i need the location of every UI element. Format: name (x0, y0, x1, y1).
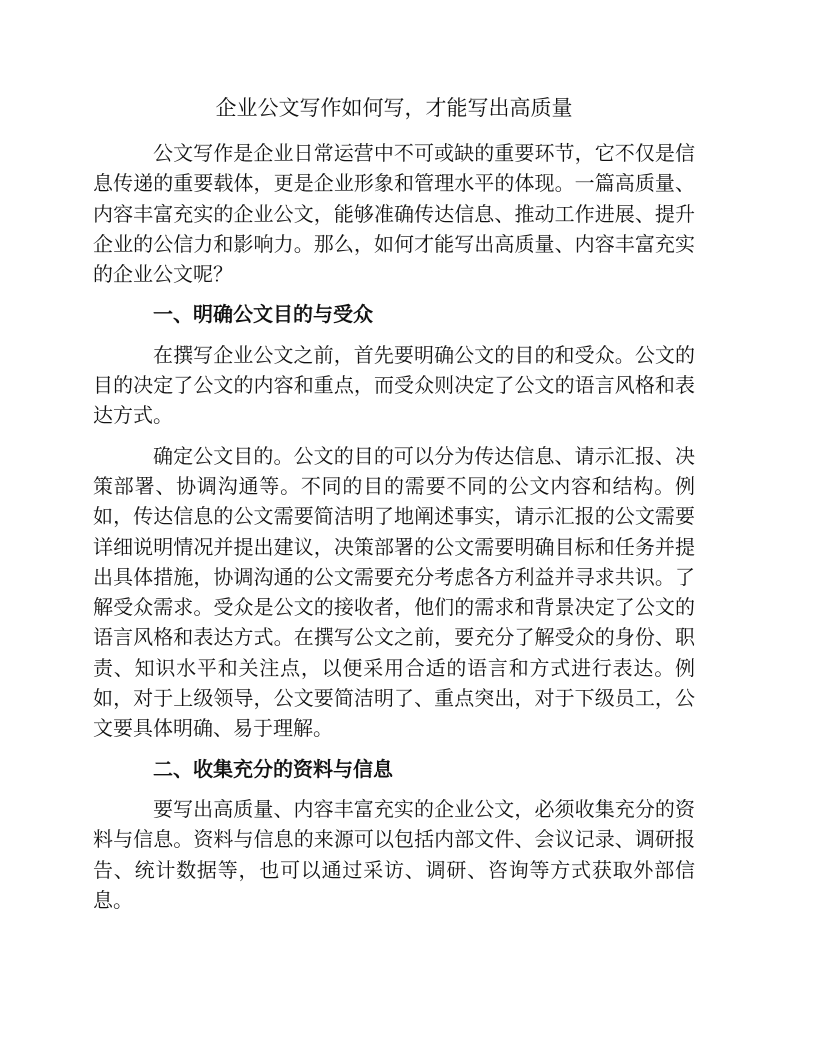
paragraph-collect-info: 要写出高质量、内容丰富充实的企业公文，必须收集充分的资料与信息。资料与信息的来源… (93, 795, 695, 916)
paragraph-purpose-detail: 确定公文目的。公文的目的可以分为传达信息、请示汇报、决策部署、协调沟通等。不同的… (93, 442, 695, 745)
paragraph-intro: 公文写作是企业日常运营中不可或缺的重要环节，它不仅是信息传递的重要载体，更是企业… (93, 139, 695, 290)
document-page: 企业公文写作如何写，才能写出高质量 公文写作是企业日常运营中不可或缺的重要环节，… (0, 0, 816, 1056)
section-heading-1: 一、明确公文目的与受众 (93, 300, 695, 330)
section-heading-2: 二、收集充分的资料与信息 (93, 755, 695, 785)
paragraph-purpose-audience: 在撰写企业公文之前，首先要明确公文的目的和受众。公文的目的决定了公文的内容和重点… (93, 341, 695, 432)
document-title: 企业公文写作如何写，才能写出高质量 (93, 93, 695, 123)
